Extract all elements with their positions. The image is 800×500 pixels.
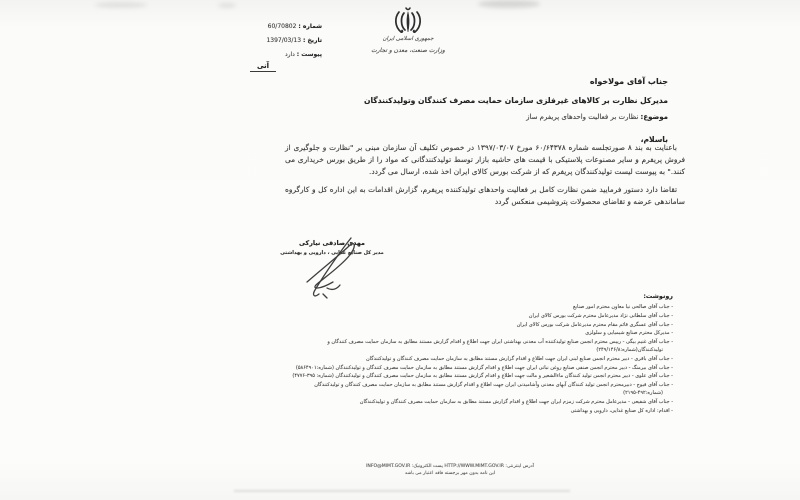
cc-list: - جناب آقای صالحی نیا معاون محترم امور ص… <box>283 304 673 415</box>
cc-item: - جناب آقای عسگری قائم مقام محترم مدیرعا… <box>283 322 673 330</box>
subject-label: موضوع: <box>641 113 668 121</box>
cc-item: - جناب آقای صالحی نیا معاون محترم امور ص… <box>283 304 673 312</box>
recipient-title: مدیرکل نظارت بر کالاهای غیرفلزی سازمان ح… <box>288 96 668 106</box>
iran-emblem-icon <box>393 5 423 35</box>
cc-item: - جناب آقای بیرمنگ - دبیر محترم انجمن صن… <box>283 365 673 373</box>
cc-item: - جناب آقای علوی - دبیر محترم انجمن تولی… <box>283 373 673 381</box>
number-label: شماره : <box>298 23 322 30</box>
number-value: 60/70802 <box>268 23 297 30</box>
scan-smudge <box>218 3 236 8</box>
cc-item: - جناب آقای شفیعی - مدیرعامل محترم شرکت … <box>283 399 673 407</box>
scan-smudge <box>478 0 540 8</box>
attachment-value: دارد <box>285 51 295 58</box>
cc-item: - جناب آقای غنیم بیگی - رییس محترم انجمن… <box>283 339 673 355</box>
cc-item: - مدیرکل محترم صنایع شیمیایی و سلولزی <box>283 330 673 338</box>
attachment-label: پیوست : <box>297 51 322 58</box>
scan-smudge <box>95 2 147 8</box>
letter-body: باعنایت به بند ۸ صورتجلسه شماره ۶۰/۶۴۳۷۸… <box>285 142 685 213</box>
cc-item: - جناب آقای سلطانی نژاد مدیرعامل محترم ش… <box>283 313 673 321</box>
priority-stamp: آنی <box>250 62 276 72</box>
cc-item: - اقدام: اداره کل صنایع غذایی، دارویی و … <box>283 408 673 416</box>
letterhead-country: جمهوری اسلامی ایران <box>340 36 476 42</box>
date-label: تاریخ : <box>303 37 322 44</box>
handwritten-signature <box>299 236 369 300</box>
body-paragraph-1: باعنایت به بند ۸ صورتجلسه شماره ۶۰/۶۴۳۷۸… <box>285 142 685 179</box>
date-value: 1397/03/13 <box>266 37 301 44</box>
body-paragraph-2: تقاضا دارد دستور فرمایید ضمن نظارت کامل … <box>285 184 685 208</box>
footer-contact-line: آدرس اینترنتی: HTTP://WWW.MIMT.GOV.IR پس… <box>300 463 600 470</box>
document-page: شماره : 60/70802 تاریخ : 1397/03/13 پیوس… <box>0 0 800 500</box>
reference-number-row: شماره : 60/70802 <box>236 20 322 34</box>
recipient-block: جناب آقای مولاخواه مدیرکل نظارت بر کالاه… <box>288 77 668 144</box>
letterhead-ministry: وزارت صنعت، معدن و تجارت <box>340 47 476 54</box>
cc-item: - جناب آقای فیوج - دبیرمحترم انجمن تولید… <box>283 382 673 398</box>
reference-block: شماره : 60/70802 تاریخ : 1397/03/13 پیوس… <box>236 20 322 62</box>
page-bottom-shadow <box>234 490 570 492</box>
footer-validity-line: این نامه بدون مهر برجسته فاقد اعتبار می … <box>300 470 600 477</box>
cc-block: رونوشت: - جناب آقای صالحی نیا معاون محتر… <box>283 292 673 416</box>
cc-label: رونوشت: <box>283 292 673 300</box>
subject-line: موضوع: نظارت بر فعالیت واحدهای پریفرم سا… <box>288 113 668 122</box>
subject-text: نظارت بر فعالیت واحدهای پریفرم ساز <box>526 113 638 121</box>
date-row: تاریخ : 1397/03/13 <box>236 34 322 48</box>
letter-footer: آدرس اینترنتی: HTTP://WWW.MIMT.GOV.IR پس… <box>300 463 600 477</box>
letterhead: جمهوری اسلامی ایران وزارت صنعت، معدن و ت… <box>340 5 476 54</box>
attachment-row: پیوست : دارد <box>236 48 322 62</box>
recipient-name: جناب آقای مولاخواه <box>288 77 668 87</box>
cc-item: - جناب آقای باقری - دبیر محترم انجمن صنا… <box>283 356 673 364</box>
